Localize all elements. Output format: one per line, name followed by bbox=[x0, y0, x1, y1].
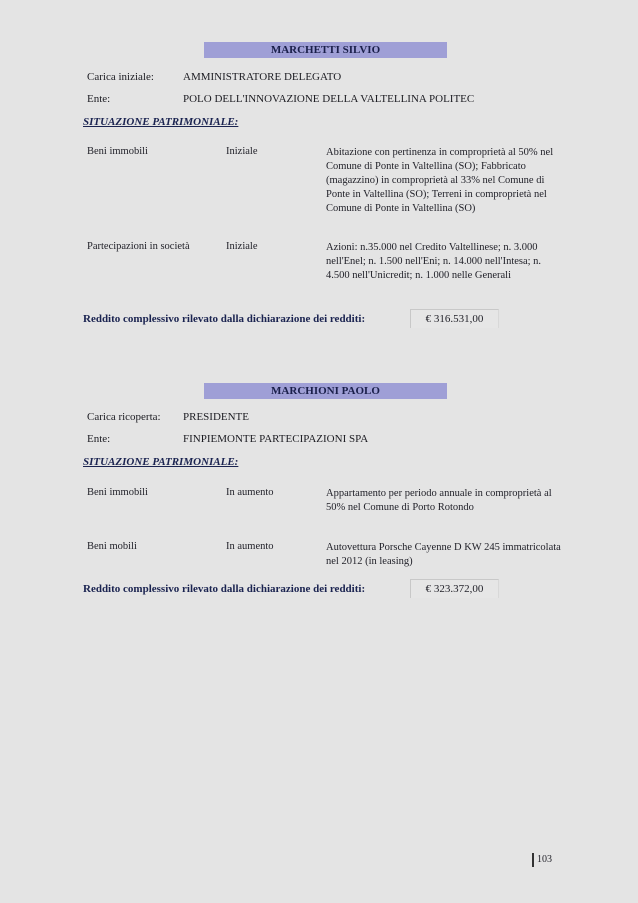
entity-label: Ente: bbox=[87, 433, 110, 445]
asset-type: Partecipazioni in società bbox=[87, 241, 190, 252]
entity-value: POLO DELL'INNOVAZIONE DELLA VALTELLINA P… bbox=[183, 93, 474, 105]
role-label: Carica ricoperta: bbox=[87, 411, 161, 423]
asset-type: Beni immobili bbox=[87, 487, 148, 498]
asset-description: Appartamento per periodo annuale in comp… bbox=[326, 487, 566, 515]
income-label: Reddito complessivo rilevato dalla dichi… bbox=[83, 313, 365, 325]
person-name-header: MARCHIONI PAOLO bbox=[204, 383, 447, 399]
asset-description: Autovettura Porsche Cayenne D KW 245 imm… bbox=[326, 541, 566, 569]
asset-status: Iniziale bbox=[226, 146, 257, 157]
role-label: Carica iniziale: bbox=[87, 71, 154, 83]
asset-status: Iniziale bbox=[226, 241, 257, 252]
page-number: 103 bbox=[532, 853, 552, 867]
asset-description: Azioni: n.35.000 nel Credito Valtellines… bbox=[326, 241, 566, 283]
asset-status: In aumento bbox=[226, 541, 274, 552]
role-value: PRESIDENTE bbox=[183, 411, 249, 423]
asset-status: In aumento bbox=[226, 487, 274, 498]
income-value: € 323.372,00 bbox=[410, 579, 499, 598]
asset-description: Abitazione con pertinenza in compropriet… bbox=[326, 146, 566, 216]
section-title: SITUAZIONE PATRIMONIALE: bbox=[83, 116, 238, 128]
person-name-header: MARCHETTI SILVIO bbox=[204, 42, 447, 58]
income-value: € 316.531,00 bbox=[410, 309, 499, 328]
income-label: Reddito complessivo rilevato dalla dichi… bbox=[83, 583, 365, 595]
asset-type: Beni mobili bbox=[87, 541, 137, 552]
section-title: SITUAZIONE PATRIMONIALE: bbox=[83, 456, 238, 468]
document-page: MARCHETTI SILVIO Carica iniziale: AMMINI… bbox=[0, 0, 638, 903]
asset-type: Beni immobili bbox=[87, 146, 148, 157]
entity-label: Ente: bbox=[87, 93, 110, 105]
entity-value: FINPIEMONTE PARTECIPAZIONI SPA bbox=[183, 433, 368, 445]
role-value: AMMINISTRATORE DELEGATO bbox=[183, 71, 341, 83]
